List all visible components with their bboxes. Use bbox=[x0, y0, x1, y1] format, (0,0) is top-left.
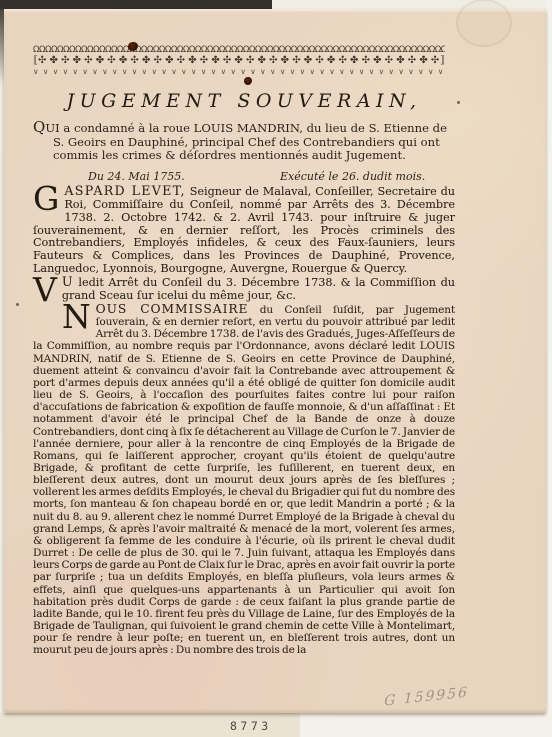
pencil-shelfmark: G 159956 bbox=[384, 684, 469, 709]
paragraph-lead: ASPARD LEVET, bbox=[64, 183, 185, 198]
dropcap-letter: G bbox=[33, 185, 64, 212]
ornament-flower-motifs: ✣ ✤ ✣ ✤ ✣ ✤ ✣ ✤ ✣ ✤ ✣ ✤ ✣ ✤ ✣ ✤ ✣ ✤ ✣ ✤ … bbox=[38, 55, 440, 67]
document-paper: ΩΩΩΩΩΩΩΩΩΩΩΩΩΩΩΩΩΩΩΩΩΩΩΩΩΩΩΩΩΩΩΩΩΩΩΩΩΩΩΩ… bbox=[4, 9, 546, 713]
judgment-date: Du 24. Mai 1755. bbox=[88, 170, 185, 183]
ornament-right-end: ⟧ bbox=[440, 55, 445, 67]
backing-sheet-bottom-white bbox=[300, 713, 552, 737]
ornament-top-row: ΩΩΩΩΩΩΩΩΩΩΩΩΩΩΩΩΩΩΩΩΩΩΩΩΩΩΩΩΩΩΩΩΩΩΩΩΩΩΩΩ… bbox=[33, 45, 445, 55]
document-subtitle: QUI a condamné à la roue LOUIS MANDRIN, … bbox=[33, 121, 455, 163]
paragraph-body: du Conſeil ſuſdit, par Jugement ſouverai… bbox=[33, 304, 455, 656]
paragraph-lead: U bbox=[62, 274, 74, 289]
dropcap-letter: N bbox=[62, 303, 96, 330]
dropcap-letter: V bbox=[33, 276, 62, 303]
ornament-middle-row: ⟦ ✣ ✤ ✣ ✤ ✣ ✤ ✣ ✤ ✣ ✤ ✣ ✤ ✣ ✤ ✣ ✤ ✣ ✤ ✣ … bbox=[33, 55, 445, 67]
document-title: JUGEMENT SOUVERAIN, bbox=[33, 90, 455, 112]
document-content: ΩΩΩΩΩΩΩΩΩΩΩΩΩΩΩΩΩΩΩΩΩΩΩΩΩΩΩΩΩΩΩΩΩΩΩΩΩΩΩΩ… bbox=[33, 45, 455, 656]
paragraph-decree: VU ledit Arrêt du Conſeil du 3. Décembre… bbox=[33, 276, 455, 303]
ornamental-border: ΩΩΩΩΩΩΩΩΩΩΩΩΩΩΩΩΩΩΩΩΩΩΩΩΩΩΩΩΩΩΩΩΩΩΩΩΩΩΩΩ… bbox=[33, 45, 445, 76]
paper-speck bbox=[16, 303, 19, 306]
paragraph-body: ledit Arrêt du Conſeil du 3. Décembre 17… bbox=[62, 276, 455, 302]
photo-background: ΩΩΩΩΩΩΩΩΩΩΩΩΩΩΩΩΩΩΩΩΩΩΩΩΩΩΩΩΩΩΩΩΩΩΩΩΩΩΩΩ… bbox=[0, 0, 552, 737]
backing-sheet-right-edge bbox=[546, 0, 552, 737]
ornament-bottom-row: ∨ ∨ ∨ ∨ ∨ ∨ ∨ ∨ ∨ ∨ ∨ ∨ ∨ ∨ ∨ ∨ ∨ ∨ ∨ ∨ … bbox=[33, 67, 445, 76]
date-line: Du 24. Mai 1755. Exécuté le 26. dudit mo… bbox=[33, 170, 455, 185]
paragraph-body: Seigneur de Malaval, Conſeiller, Secreta… bbox=[33, 185, 455, 275]
catalog-number: 8773 bbox=[230, 719, 272, 733]
paragraph-sentence: NOUS COMMISSAIRE du Conſeil ſuſdit, par … bbox=[33, 303, 455, 657]
ring-stain bbox=[456, 0, 512, 47]
paragraph-lead: OUS COMMISSAIRE bbox=[96, 302, 249, 316]
paragraph-commissioner: GASPARD LEVET, Seigneur de Malaval, Conſ… bbox=[33, 185, 455, 276]
paper-speck bbox=[457, 101, 460, 104]
execution-date: Exécuté le 26. dudit mois. bbox=[280, 170, 425, 183]
background-dark-strip bbox=[0, 0, 272, 9]
background-white-strip bbox=[272, 0, 552, 9]
